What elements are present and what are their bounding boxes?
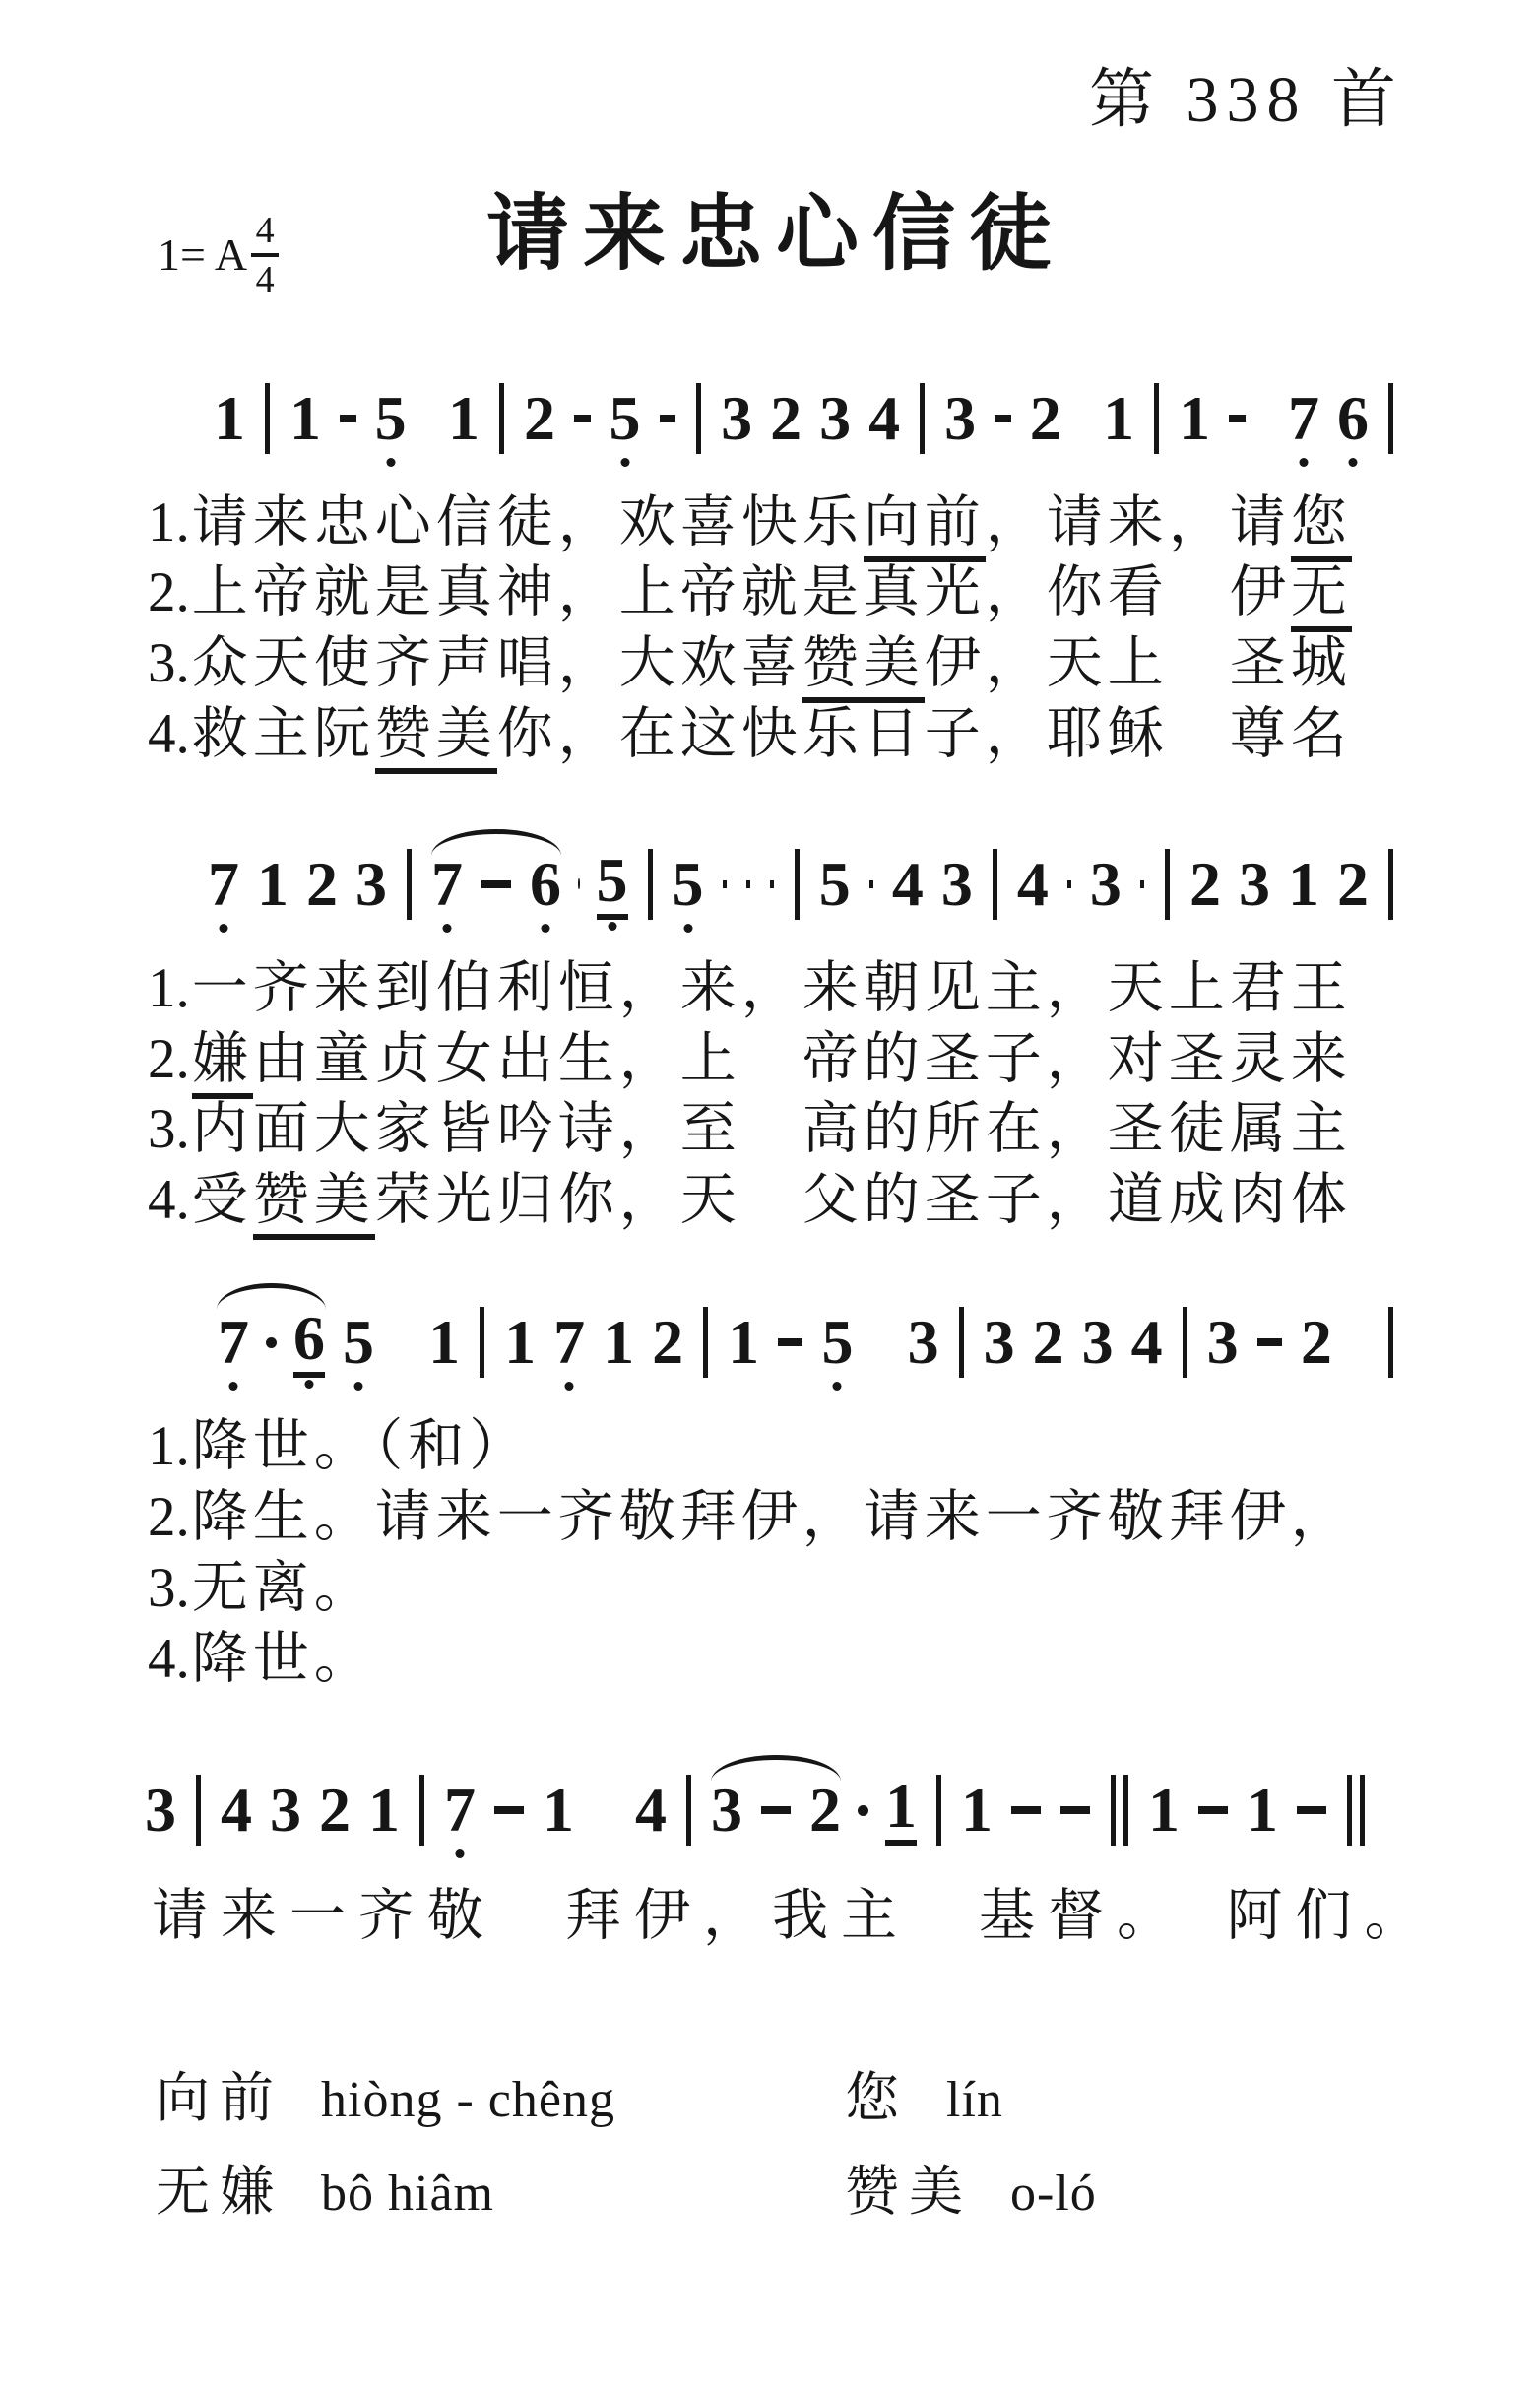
barline — [686, 1775, 691, 1846]
octave-dot-below — [608, 922, 616, 931]
note-3: 3 — [908, 1311, 939, 1374]
note-1: 1 — [257, 853, 289, 916]
lyric-segment: 上帝就是真神，上帝就是真光，你看 伊 — [192, 559, 1291, 624]
note-4: 4 — [1017, 853, 1049, 916]
note-4: 4 — [1131, 1311, 1163, 1374]
duration-dash — [494, 1806, 524, 1814]
barline — [1388, 849, 1393, 920]
note-3: 3 — [984, 1311, 1015, 1374]
slur-group: 76 — [209, 1307, 334, 1378]
lyric-line: 1.一齐来到伯利恒，来，来朝见主，天上君王 — [148, 953, 1404, 1024]
barline — [499, 383, 504, 454]
barline-stroke — [265, 383, 270, 454]
barline-stroke — [1388, 383, 1393, 454]
note-3: 3 — [145, 1779, 176, 1842]
note-1: 1 — [1103, 387, 1134, 450]
note-1: 1 — [885, 1775, 917, 1846]
verse-block-2: 1.一齐来到伯利恒，来，来朝见主，天上君王2.嫌由童贞女出生，上 帝的圣子，对圣… — [148, 953, 1404, 1236]
octave-dot-below — [683, 924, 692, 933]
barline — [795, 849, 800, 920]
barline — [1388, 383, 1393, 454]
lyric-segment-underlined: 无 — [1291, 559, 1352, 632]
note-7: 7 — [218, 1311, 249, 1374]
note-3: 3 — [270, 1779, 301, 1842]
notation-line-3: 76511712153323432 — [209, 1287, 1404, 1397]
octave-dot-below — [354, 1382, 363, 1391]
note-7: 7 — [431, 853, 463, 916]
lyric-line: 4.受赞美荣光归你，天 父的圣子，道成肉体 — [148, 1165, 1404, 1236]
barline — [196, 1775, 201, 1846]
note-3: 3 — [1239, 853, 1270, 916]
octave-dot-below — [443, 924, 452, 933]
octave-dot-below — [220, 924, 228, 933]
lyric-segment: ，请来，请 — [986, 489, 1291, 554]
octave-dot-below — [1300, 458, 1309, 467]
duration-dash — [340, 415, 356, 422]
octave-dot-below — [305, 1380, 314, 1389]
note-7: 7 — [553, 1311, 585, 1374]
glossary-entry: 赞美 o-ló — [845, 2148, 1404, 2226]
hymn-sheet-page: 第 338 首 1= A 4 4 请来忠心信徒 1151253234321176… — [0, 0, 1540, 2226]
duration-dash — [778, 1338, 802, 1346]
barline-stroke — [1183, 1307, 1187, 1378]
barline — [936, 1775, 941, 1846]
barline-stroke — [696, 383, 701, 454]
octave-dot-below — [229, 1382, 238, 1391]
duration-dash — [770, 880, 774, 888]
lyric-segment: 降世。 — [192, 1626, 375, 1691]
barline — [407, 849, 412, 920]
barline-stroke — [1360, 1775, 1365, 1846]
barline-stroke — [1347, 1775, 1352, 1846]
barline-stroke — [1123, 1775, 1128, 1846]
duration-dash — [574, 415, 591, 422]
octave-dot-below — [456, 1849, 465, 1858]
barline — [1183, 1307, 1187, 1378]
glossary-entry: 无嫌 bô hiâm — [156, 2148, 845, 2226]
duration-dash — [1257, 1338, 1282, 1346]
note-2: 2 — [1301, 1311, 1332, 1374]
note-2: 2 — [524, 387, 555, 450]
double-barline — [1111, 1775, 1128, 1846]
lyric-segment: 降世。（和） — [192, 1413, 531, 1478]
title-row: 1= A 4 4 请来忠心信徒 — [148, 184, 1404, 302]
note-6: 6 — [1337, 387, 1369, 450]
duration-dash — [660, 415, 676, 422]
glossary-entry: 向前 hiòng - chêng — [156, 2054, 845, 2132]
glossary-entry: 您 lín — [845, 2054, 1404, 2132]
barline-stroke — [1165, 849, 1170, 920]
note-5: 5 — [343, 1311, 374, 1374]
lyric-segment: 你，在这快乐日子，耶稣 尊名 — [497, 701, 1352, 766]
duration-dash — [1229, 415, 1246, 422]
barline — [959, 1307, 964, 1378]
lyric-line: 3.内面大家皆吟诗，至 高的所在，圣徒属主 — [148, 1094, 1404, 1165]
barline — [1154, 383, 1159, 454]
note-1: 1 — [1148, 1779, 1180, 1842]
barline-stroke — [1154, 383, 1159, 454]
barline — [419, 1775, 424, 1846]
note-5: 5 — [821, 1311, 853, 1374]
verse-number: 3. — [148, 1098, 190, 1160]
verse-number: 3. — [148, 632, 190, 694]
slur-group: 76 — [422, 853, 570, 916]
barline-stroke — [648, 849, 653, 920]
verse-number: 4. — [148, 703, 190, 765]
slur-group: 32 — [702, 1779, 850, 1842]
lyric-segment: 众天使齐声唱，大欢喜 — [192, 630, 802, 695]
note-3: 3 — [711, 1779, 742, 1842]
double-barline — [1347, 1775, 1365, 1846]
lyric-segment: 荣光归你，天 父的圣子，道成肉体 — [375, 1167, 1352, 1232]
note-1: 1 — [1247, 1779, 1278, 1842]
lyric-segment-underlined: 嫌 — [192, 1026, 253, 1099]
glossary-romanization: bô hiâm — [321, 2165, 494, 2223]
duration-dash — [995, 415, 1011, 422]
lyric-segment: 受 — [192, 1167, 253, 1232]
duration-dash — [869, 880, 873, 888]
note-7: 7 — [208, 853, 239, 916]
note-2: 2 — [1337, 853, 1369, 916]
notation-line-1: 1151253234321176 — [205, 363, 1404, 474]
note-2: 2 — [809, 1779, 841, 1842]
note-5: 5 — [610, 387, 641, 450]
note-4: 4 — [221, 1779, 252, 1842]
lyric-line: 4.降世。 — [148, 1624, 1404, 1695]
note-5: 5 — [819, 853, 851, 916]
verse-number: 1. — [148, 957, 190, 1019]
notation-line-4: 34321714321111 — [136, 1755, 1404, 1865]
verse-number: 2. — [148, 1486, 190, 1548]
note-1: 1 — [448, 387, 480, 450]
barline-stroke — [480, 1307, 484, 1378]
barline-stroke — [407, 849, 412, 920]
note-2: 2 — [306, 853, 338, 916]
lyric-segment-underlined: 赞美 — [802, 630, 925, 703]
barline — [703, 1307, 708, 1378]
octave-dot-below — [833, 1382, 842, 1391]
note-3: 3 — [355, 853, 387, 916]
octave-dot-below — [386, 458, 395, 467]
glossary-term: 赞美 — [845, 2148, 973, 2226]
lyric-line: 3.无离。 — [148, 1553, 1404, 1624]
barline-stroke — [993, 849, 997, 920]
page-title: 请来忠心信徒 — [148, 184, 1404, 284]
note-1: 1 — [543, 1779, 574, 1842]
barline — [1165, 849, 1170, 920]
hymn-number: 第 338 首 — [148, 0, 1404, 137]
lyric-segment: 请来一齐敬 拜伊，我主 基督。 阿们。 — [152, 1883, 1434, 1948]
lyric-segment-underlined: 赞美 — [253, 1167, 375, 1240]
notation-line-2: 71237655543432312 — [199, 829, 1404, 940]
note-1: 1 — [728, 1311, 759, 1374]
barline — [1388, 1307, 1393, 1378]
verse-number: 4. — [148, 1628, 190, 1690]
verse-number: 3. — [148, 1557, 190, 1619]
lyric-segment-underlined: 向前 — [864, 489, 986, 562]
duration-dash — [723, 880, 727, 888]
duration-dash — [746, 880, 750, 888]
barline-stroke — [1388, 1307, 1393, 1378]
glossary-romanization: o-ló — [1010, 2165, 1097, 2223]
note-1: 1 — [1288, 853, 1319, 916]
verse-block-1: 1.请来忠心信徒，欢喜快乐向前，请来，请您2.上帝就是真神，上帝就是真光，你看 … — [148, 487, 1404, 770]
barline-stroke — [703, 1307, 708, 1378]
barline-stroke — [1388, 849, 1393, 920]
note-1: 1 — [214, 387, 245, 450]
duration-dash — [1297, 1806, 1326, 1814]
barline-stroke — [499, 383, 504, 454]
barline-stroke — [959, 1307, 964, 1378]
lyric-line: 1.降世。（和） — [148, 1411, 1404, 1482]
lyric-segment: 降生。请来一齐敬拜伊，请来一齐敬拜伊， — [192, 1484, 1352, 1549]
note-1: 1 — [428, 1311, 460, 1374]
verse-number: 1. — [148, 1415, 190, 1477]
barline-stroke — [795, 849, 800, 920]
octave-dot-below — [542, 924, 550, 933]
note-3: 3 — [1090, 853, 1122, 916]
note-6: 6 — [530, 853, 561, 916]
barline — [648, 849, 653, 920]
lyric-line: 请来一齐敬 拜伊，我主 基督。 阿们。 — [152, 1881, 1404, 1952]
lyric-segment: 由童贞女出生，上 帝的圣子，对圣灵来 — [253, 1026, 1352, 1091]
note-3: 3 — [941, 853, 973, 916]
glossary-romanization: hiòng - chêng — [321, 2071, 615, 2129]
note-2: 2 — [1189, 853, 1221, 916]
barline-stroke — [196, 1775, 201, 1846]
note-1: 1 — [289, 387, 321, 450]
note-4: 4 — [868, 387, 900, 450]
lyric-line: 1.请来忠心信徒，欢喜快乐向前，请来，请您 — [148, 487, 1404, 558]
barline-stroke — [1111, 1775, 1116, 1846]
lyric-segment: 一齐来到伯利恒，来，来朝见主，天上君王 — [192, 955, 1352, 1020]
note-2: 2 — [770, 387, 802, 450]
closing-lyric-line: 请来一齐敬 拜伊，我主 基督。 阿们。 — [152, 1881, 1404, 1952]
barline — [480, 1307, 484, 1378]
lyric-line: 3.众天使齐声唱，大欢喜赞美伊，天上 圣城 — [148, 628, 1404, 699]
lyric-segment: 救主阮 — [192, 701, 375, 766]
barline — [920, 383, 925, 454]
barline-stroke — [686, 1775, 691, 1846]
barline-stroke — [920, 383, 925, 454]
note-5: 5 — [375, 387, 407, 450]
note-1: 1 — [1179, 387, 1210, 450]
duration-dash — [1060, 1806, 1090, 1814]
augmentation-dot — [266, 1337, 277, 1348]
note-1: 1 — [961, 1779, 993, 1842]
lyric-line: 4.救主阮赞美你，在这快乐日子，耶稣 尊名 — [148, 699, 1404, 770]
note-3: 3 — [1082, 1311, 1114, 1374]
duration-dash — [761, 1806, 791, 1814]
octave-dot-below — [620, 458, 629, 467]
lyric-line: 2.嫌由童贞女出生，上 帝的圣子，对圣灵来 — [148, 1024, 1404, 1095]
note-3: 3 — [819, 387, 851, 450]
note-2: 2 — [319, 1779, 351, 1842]
barline — [265, 383, 270, 454]
barline-stroke — [936, 1775, 941, 1846]
augmentation-dot — [578, 878, 580, 889]
barline — [993, 849, 997, 920]
glossary-term: 向前 — [156, 2054, 284, 2132]
note-5: 5 — [597, 849, 628, 920]
note-4: 4 — [635, 1779, 667, 1842]
barline — [696, 383, 701, 454]
note-4: 4 — [892, 853, 924, 916]
duration-dash — [1198, 1806, 1228, 1814]
duration-dash — [481, 880, 511, 888]
octave-dot-below — [1349, 458, 1358, 467]
glossary-romanization: lín — [946, 2071, 1003, 2129]
note-7: 7 — [444, 1779, 476, 1842]
lyric-segment-underlined: 赞美 — [375, 701, 497, 774]
verse-number: 4. — [148, 1169, 190, 1231]
note-2: 2 — [652, 1311, 683, 1374]
lyric-line: 2.降生。请来一齐敬拜伊，请来一齐敬拜伊， — [148, 1482, 1404, 1553]
barline-stroke — [419, 1775, 424, 1846]
note-2: 2 — [1030, 387, 1061, 450]
lyric-segment: 无离。 — [192, 1555, 375, 1620]
note-3: 3 — [721, 387, 752, 450]
verse-number: 2. — [148, 1028, 190, 1090]
note-7: 7 — [1288, 387, 1319, 450]
note-2: 2 — [1033, 1311, 1064, 1374]
romanization-glossary: 向前 hiòng - chêng 您 lín 无嫌 bô hiâm 赞美 o-l… — [156, 2054, 1404, 2226]
glossary-term: 您 — [845, 2054, 909, 2132]
lyric-segment: 请来忠心信徒，欢喜快乐 — [192, 489, 864, 554]
note-1: 1 — [603, 1311, 634, 1374]
duration-dash — [1140, 880, 1144, 888]
lyric-line: 2.上帝就是真神，上帝就是真光，你看 伊无 — [148, 557, 1404, 628]
duration-dash — [1067, 880, 1071, 888]
note-3: 3 — [1207, 1311, 1239, 1374]
note-5: 5 — [673, 853, 704, 916]
lyric-segment-underlined: 您 — [1291, 489, 1352, 562]
lyric-segment: 伊，天上 圣城 — [925, 630, 1352, 695]
augmentation-dot — [858, 1805, 868, 1816]
note-1: 1 — [368, 1779, 400, 1842]
verse-number: 2. — [148, 561, 190, 623]
lyric-segment: 内面大家皆吟诗，至 高的所在，圣徒属主 — [192, 1096, 1352, 1161]
duration-dash — [1011, 1806, 1041, 1814]
octave-dot-below — [565, 1382, 574, 1391]
verse-number: 1. — [148, 491, 190, 553]
note-1: 1 — [504, 1311, 536, 1374]
note-3: 3 — [944, 387, 976, 450]
glossary-term: 无嫌 — [156, 2148, 284, 2226]
refrain-block: 1.降世。（和）2.降生。请来一齐敬拜伊，请来一齐敬拜伊，3.无离。4.降世。 — [148, 1411, 1404, 1694]
note-6: 6 — [293, 1307, 325, 1378]
